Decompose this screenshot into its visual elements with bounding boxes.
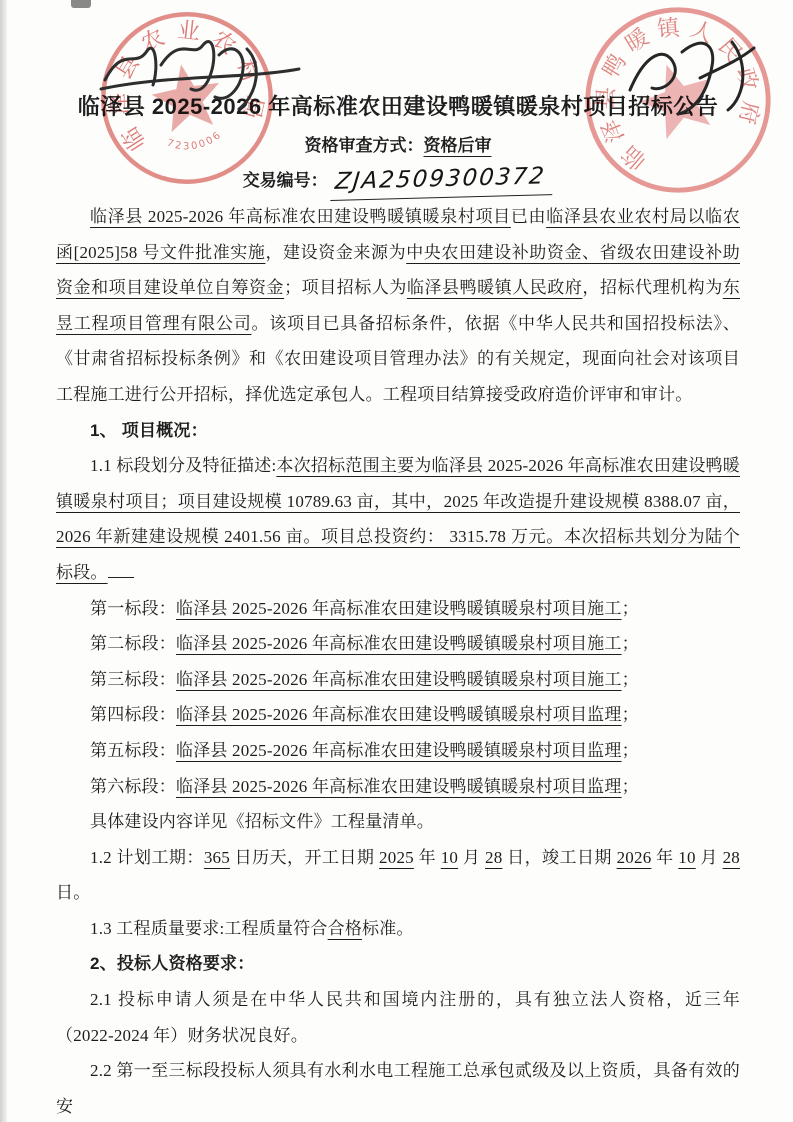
text-segment: 已由 bbox=[511, 207, 546, 226]
text-segment: 日，竣工日期 bbox=[502, 848, 616, 867]
text-segment: 28 bbox=[485, 848, 502, 867]
paragraph-2-1: 2.1 投标申请人须是在中华人民共和国境内注册的，具有独立法人资格，近三年（20… bbox=[56, 982, 740, 1053]
body-text: 临泽县 2025-2026 年高标准农田建设鸭暖镇暖泉村项目已由临泽县农业农村局… bbox=[56, 199, 740, 1122]
text-segment: 临泽县 2025-2026 年高标准农田建设鸭暖镇暖泉村项目 bbox=[90, 207, 511, 226]
transaction-number-handwritten: ZJA2509300372 bbox=[330, 159, 555, 201]
text-segment: 月 bbox=[458, 848, 485, 867]
paragraph-intro: 临泽县 2025-2026 年高标准农田建设鸭暖镇暖泉村项目已由临泽县农业农村局… bbox=[56, 199, 740, 413]
bid-section-value: 临泽县 2025-2026 年高标准农田建设鸭暖镇暖泉村项目施工 bbox=[176, 634, 622, 653]
bid-section-row: 第三标段：临泽县 2025-2026 年高标准农田建设鸭暖镇暖泉村项目施工； bbox=[56, 662, 740, 698]
text-segment: 2026 bbox=[617, 848, 652, 867]
text-segment: 2.2 第一至三标段投标人须具有水利水电工程施工总承包贰级及以上资质，具备有效的… bbox=[56, 1061, 740, 1116]
text-segment: 28 bbox=[723, 848, 740, 867]
bid-section-label: 第三标段： bbox=[90, 670, 176, 689]
text-segment: 年 bbox=[414, 848, 441, 867]
text-segment: ； bbox=[622, 670, 639, 689]
text-segment: 日历天，开工日期 bbox=[230, 848, 379, 867]
qualification-review-label: 资格审查方式： bbox=[305, 136, 424, 155]
text-segment: 日。 bbox=[56, 883, 90, 902]
transaction-number-label: 交易编号： bbox=[243, 171, 328, 190]
bid-section-label: 第四标段： bbox=[90, 705, 176, 724]
bid-section-label: 第五标段： bbox=[90, 741, 176, 760]
text-segment: 2025 bbox=[379, 848, 414, 867]
text-segment: 临泽县鸭暖镇人民政府 bbox=[407, 278, 582, 297]
text-segment: ，建设资金来源为 bbox=[265, 243, 406, 262]
qualification-review-line: 资格审查方式：资格后审 bbox=[56, 134, 740, 158]
paragraph-1-2-schedule: 1.2 计划工期：365 日历天，开工日期 2025 年 10 月 28 日，竣… bbox=[56, 840, 740, 911]
text-segment: ； bbox=[622, 741, 639, 760]
section-heading-1: 1、 项目概况： bbox=[56, 413, 740, 449]
text-segment: ，招标代理机构为 bbox=[582, 278, 722, 297]
text-segment: 月 bbox=[696, 848, 723, 867]
paragraph-1-3-quality: 1.3 工程质量要求:工程质量符合合格标准。 bbox=[56, 911, 740, 947]
bid-section-value: 临泽县 2025-2026 年高标准农田建设鸭暖镇暖泉村项目监理 bbox=[176, 777, 622, 796]
text-segment: 年 bbox=[651, 848, 678, 867]
text-segment: 1.3 工程质量要求:工程质量符合 bbox=[90, 919, 328, 938]
paragraph-detail-note: 具体建设内容详见《招标文件》工程量清单。 bbox=[56, 804, 740, 840]
paragraph-2-2: 2.2 第一至三标段投标人须具有水利水电工程施工总承包贰级及以上资质，具备有效的… bbox=[56, 1053, 740, 1122]
fill-in-blank-underline bbox=[108, 560, 134, 578]
text-segment: ；项目招标人为 bbox=[284, 278, 407, 297]
bid-section-row: 第四标段：临泽县 2025-2026 年高标准农田建设鸭暖镇暖泉村项目监理； bbox=[56, 697, 740, 733]
page-title: 临泽县 2025-2026 年高标准农田建设鸭暖镇暖泉村项目招标公告 bbox=[56, 92, 740, 122]
bid-section-value: 临泽县 2025-2026 年高标准农田建设鸭暖镇暖泉村项目监理 bbox=[176, 705, 622, 724]
bid-section-value: 临泽县 2025-2026 年高标准农田建设鸭暖镇暖泉村项目监理 bbox=[176, 741, 622, 760]
text-segment: 合格 bbox=[328, 919, 362, 938]
text-segment: ； bbox=[622, 705, 639, 724]
text-segment: 1.1 标段划分及特征描述: bbox=[90, 456, 276, 475]
bid-section-label: 第一标段： bbox=[90, 599, 176, 618]
scan-artifact-top-left bbox=[71, 0, 91, 8]
bid-section-value: 临泽县 2025-2026 年高标准农田建设鸭暖镇暖泉村项目施工 bbox=[176, 670, 622, 689]
text-segment: 10 bbox=[441, 848, 458, 867]
scan-edge-shadow bbox=[0, 0, 7, 1122]
text-segment: 365 bbox=[204, 848, 230, 867]
transaction-number-line: 交易编号：ZJA2509300372 bbox=[56, 162, 740, 198]
text-segment: 1、 项目概况： bbox=[90, 421, 208, 440]
section-heading-2: 2、投标人资格要求： bbox=[56, 946, 740, 982]
text-segment: 2、投标人资格要求： bbox=[90, 954, 254, 973]
bid-section-row: 第二标段：临泽县 2025-2026 年高标准农田建设鸭暖镇暖泉村项目施工； bbox=[56, 626, 740, 662]
bid-section-value: 临泽县 2025-2026 年高标准农田建设鸭暖镇暖泉村项目施工 bbox=[176, 599, 622, 618]
paragraph-1-1: 1.1 标段划分及特征描述:本次招标范围主要为临泽县 2025-2026 年高标… bbox=[56, 448, 740, 590]
text-segment: ； bbox=[622, 634, 639, 653]
scanned-tender-announcement-page: 临泽县 2025-2026 年高标准农田建设鸭暖镇暖泉村项目招标公告 资格审查方… bbox=[0, 0, 793, 1122]
text-segment: 10 bbox=[678, 848, 695, 867]
text-segment: 2.1 投标申请人须是在中华人民共和国境内注册的，具有独立法人资格，近三年（20… bbox=[56, 990, 740, 1045]
bid-section-label: 第二标段： bbox=[90, 634, 176, 653]
bid-section-row: 第一标段：临泽县 2025-2026 年高标准农田建设鸭暖镇暖泉村项目施工； bbox=[56, 591, 740, 627]
text-segment: ； bbox=[622, 777, 639, 796]
bid-section-row: 第六标段：临泽县 2025-2026 年高标准农田建设鸭暖镇暖泉村项目监理； bbox=[56, 769, 740, 805]
text-segment: 1.2 计划工期： bbox=[90, 848, 204, 867]
text-segment: 具体建设内容详见《招标文件》工程量清单。 bbox=[90, 812, 434, 831]
text-segment: ； bbox=[622, 599, 639, 618]
qualification-review-value: 资格后审 bbox=[424, 136, 492, 155]
document-content: 临泽县 2025-2026 年高标准农田建设鸭暖镇暖泉村项目招标公告 资格审查方… bbox=[56, 92, 740, 1122]
bid-section-row: 第五标段：临泽县 2025-2026 年高标准农田建设鸭暖镇暖泉村项目监理； bbox=[56, 733, 740, 769]
bid-section-label: 第六标段： bbox=[90, 777, 176, 796]
text-segment: 标准。 bbox=[362, 919, 414, 938]
